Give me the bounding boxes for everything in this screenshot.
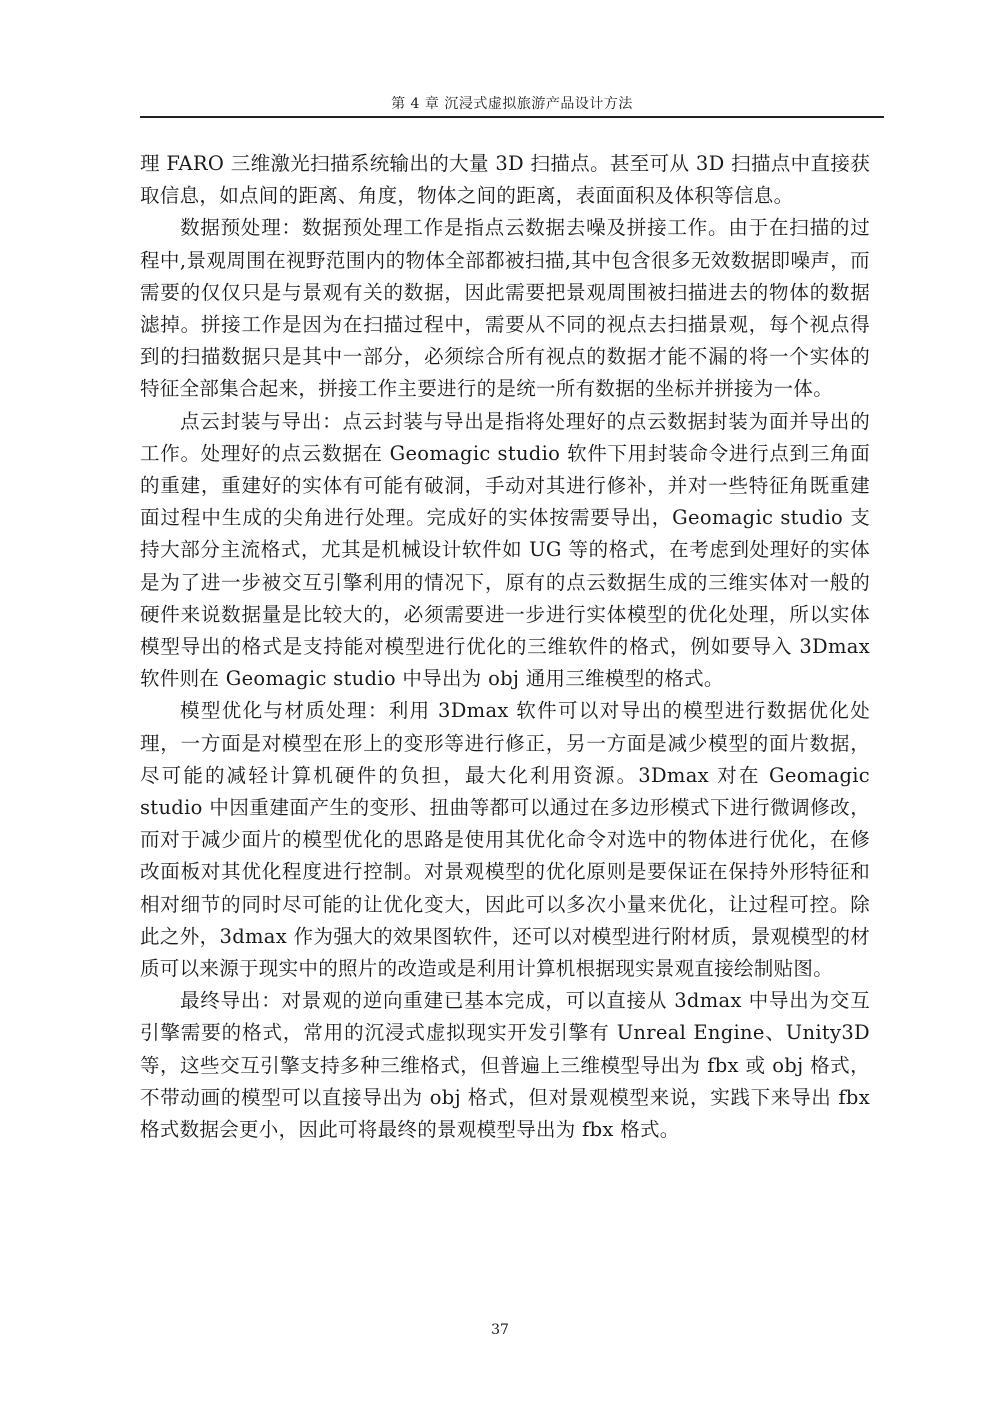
paragraph-model-optimization: 模型优化与材质处理：利用 3Dmax 软件可以对导出的模型进行数据优化处理，一方… bbox=[140, 695, 870, 985]
paragraph-data-preprocessing: 数据预处理：数据预处理工作是指点云数据去噪及拼接工作。由于在扫描的过程中,景观周… bbox=[140, 212, 870, 405]
page-number: 37 bbox=[0, 1322, 1000, 1338]
body-text: 理 FARO 三维激光扫描系统输出的大量 3D 扫描点。甚至可从 3D 扫描点中… bbox=[140, 148, 870, 1146]
running-header: 第 4 章 沉浸式虚拟旅游产品设计方法 bbox=[140, 93, 884, 113]
paragraph-final-export: 最终导出：对景观的逆向重建已基本完成，可以直接从 3dmax 中导出为交互引擎需… bbox=[140, 985, 870, 1146]
paragraph-point-cloud-export: 点云封装与导出：点云封装与导出是指将处理好的点云数据封装为面并导出的工作。处理好… bbox=[140, 406, 870, 696]
paragraph-intro-continuation: 理 FARO 三维激光扫描系统输出的大量 3D 扫描点。甚至可从 3D 扫描点中… bbox=[140, 148, 870, 212]
header-rule bbox=[140, 116, 884, 118]
